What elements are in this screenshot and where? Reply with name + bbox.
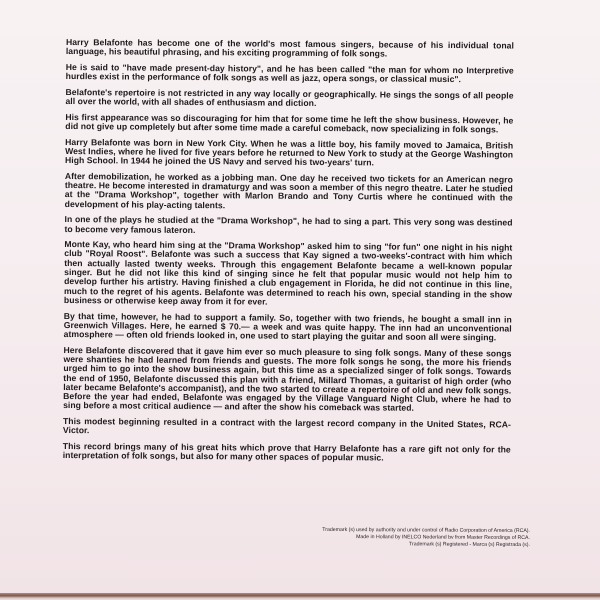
record-sleeve-back: Harry Belafonte has become one of the wo… [0, 0, 600, 596]
sleeve-bottom-edge [0, 593, 600, 600]
paragraph-record-summary: This record brings many of his great hit… [63, 442, 511, 464]
paragraph-rca-contract: This modest beginning resulted in a cont… [63, 417, 511, 439]
paragraph-repertoire: Belafonte's repertoire is not restricted… [65, 88, 513, 110]
paragraph-birth: Harry Belafonte was born in New York Cit… [65, 138, 513, 169]
paragraph-folk-songs: Here Belafonte discovered that it gave h… [63, 346, 511, 415]
paragraph-present-day-history: He is said to "have made present-day his… [66, 63, 514, 85]
paragraph-monte-kay: Monte Kay, who heard him sing at the "Dr… [64, 240, 512, 309]
paragraph-intro: Harry Belafonte has become one of the wo… [66, 38, 514, 60]
paragraph-demobilization: After demobilization, he worked as a job… [65, 172, 513, 213]
trademark-notice: Trademark (s) used by authority and unde… [225, 526, 530, 549]
trademark-line-3: Trademark (s) Registered - Marca (s) Reg… [225, 540, 530, 549]
liner-notes: Harry Belafonte has become one of the wo… [63, 38, 514, 470]
paragraph-greenwich-inn: By that time, however, he had to support… [64, 311, 512, 342]
paragraph-drama-workshop: In one of the plays he studied at the "D… [64, 215, 512, 237]
paragraph-first-appearance: His first appearance was so discouraging… [65, 113, 513, 135]
